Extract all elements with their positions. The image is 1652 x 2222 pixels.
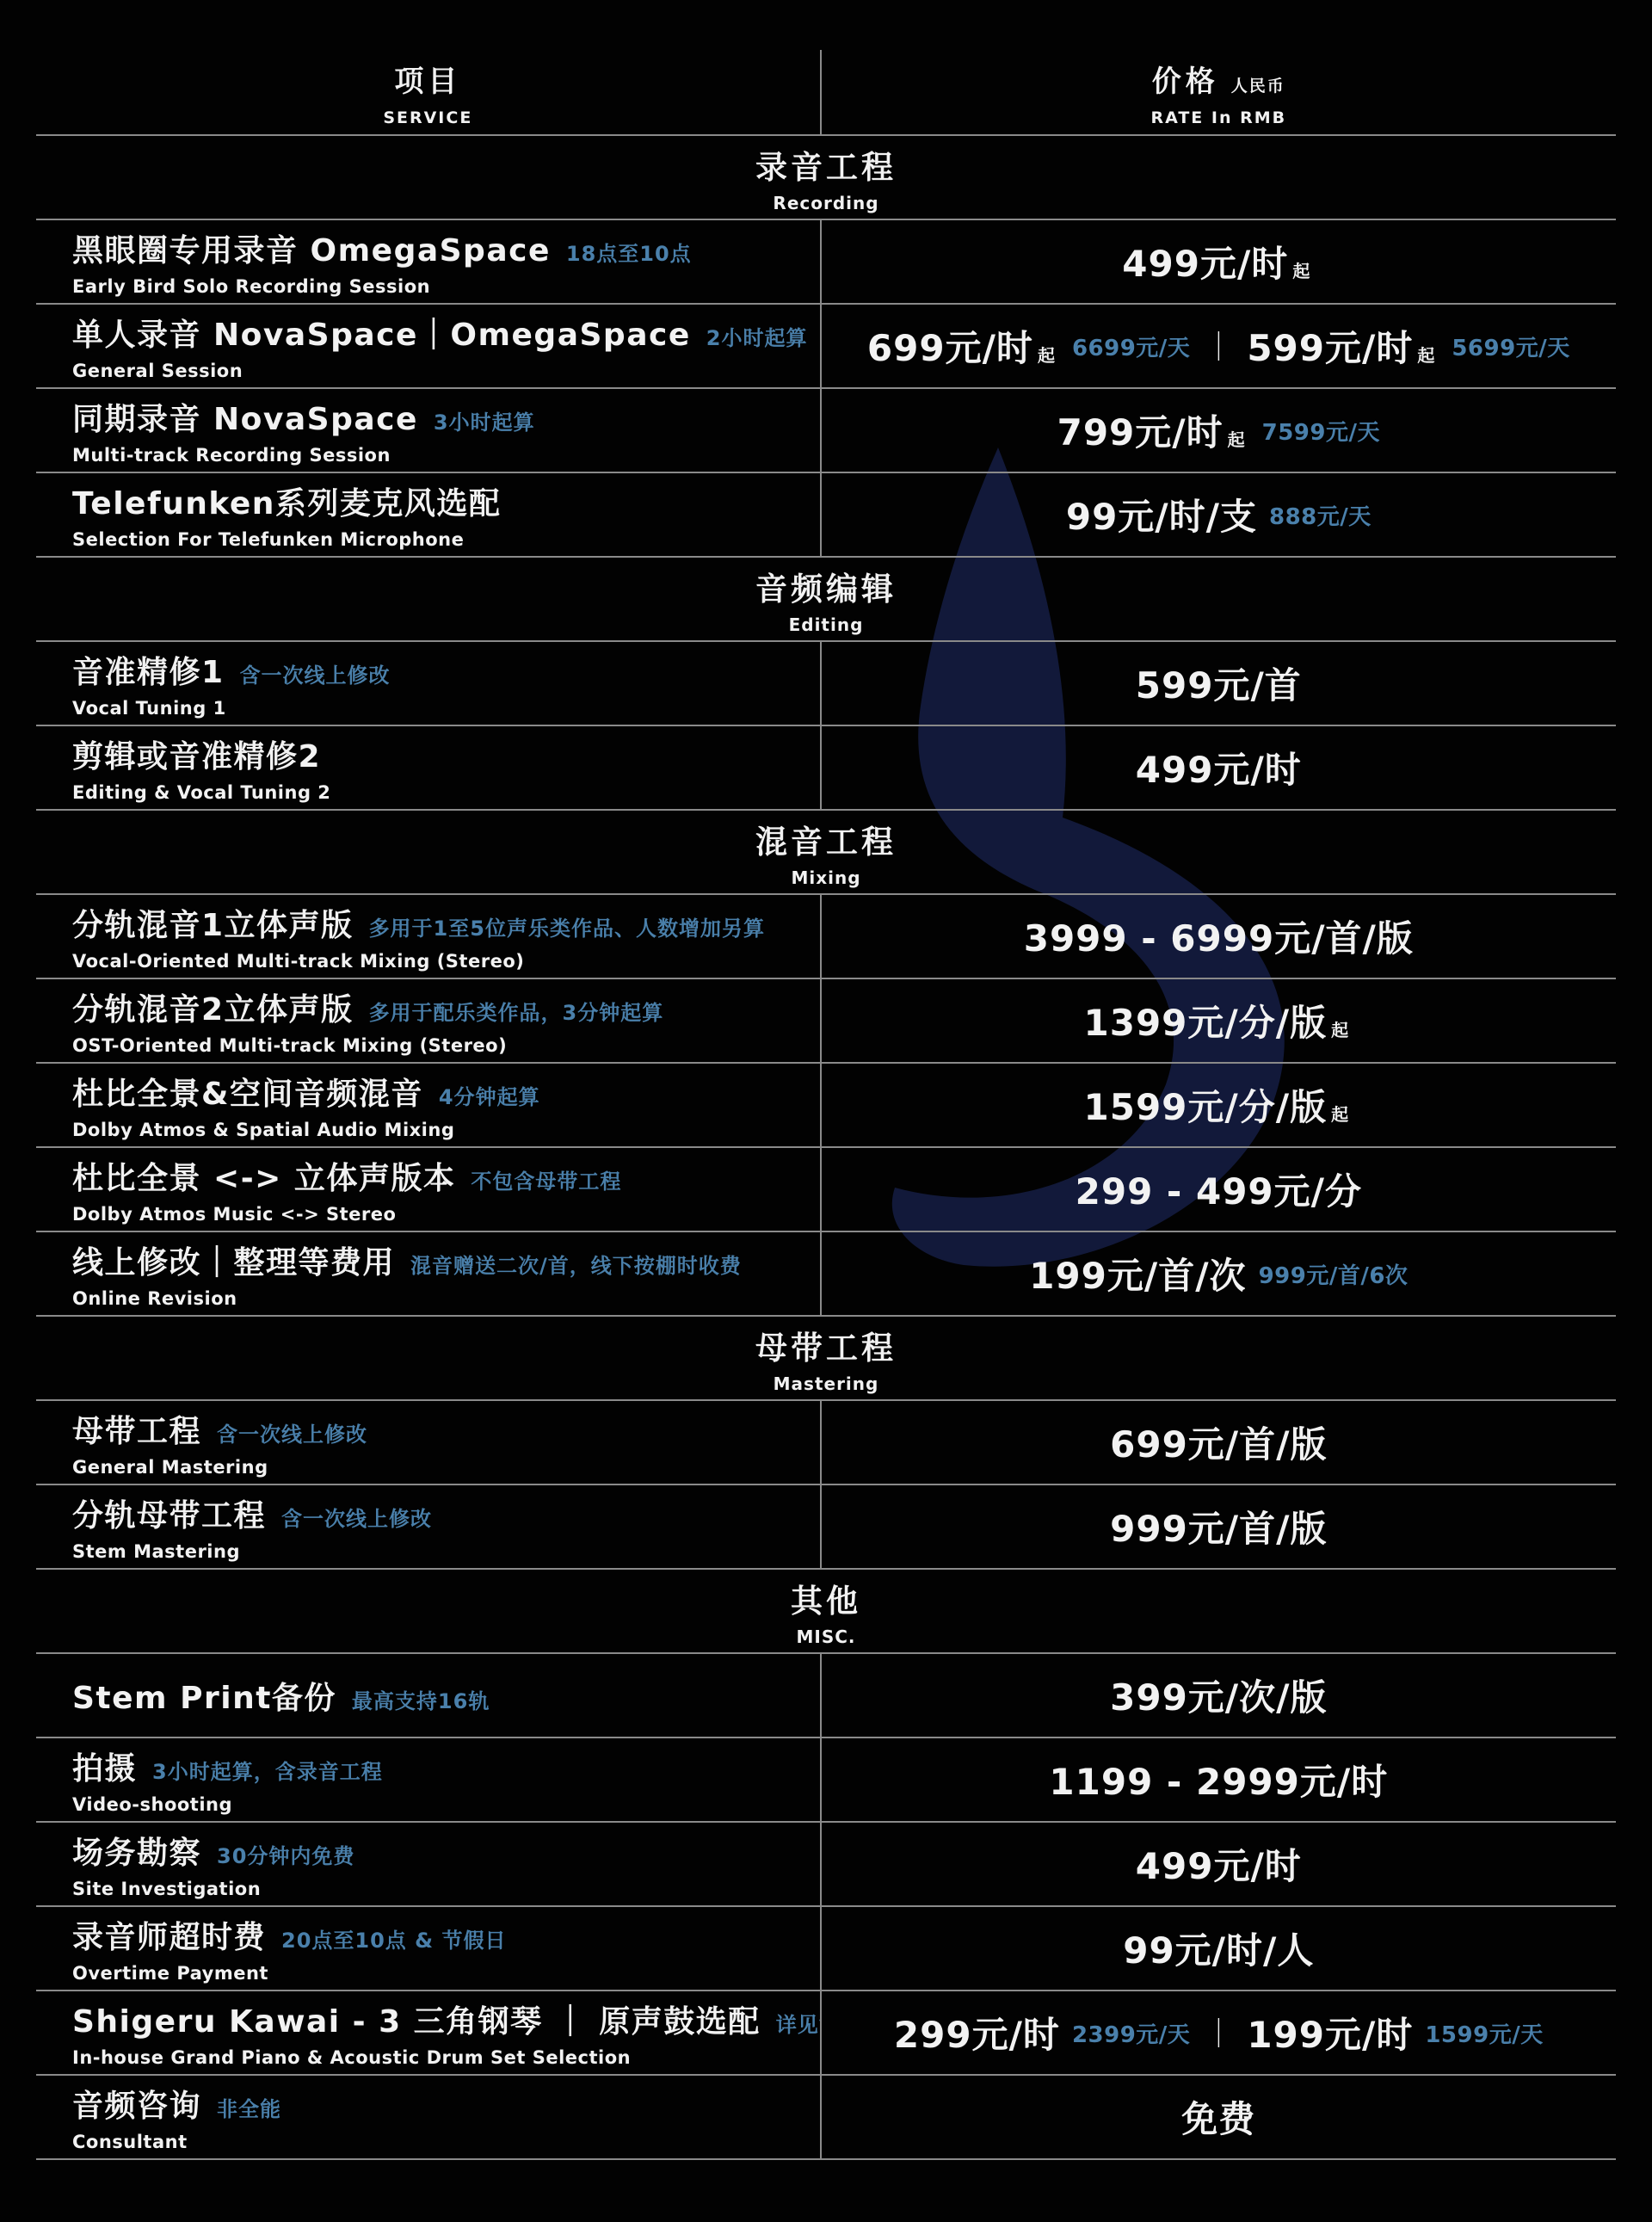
service-note: 20点至10点 & 节假日 (281, 1923, 506, 1954)
price-segment-suffix: 起 (1228, 426, 1245, 451)
service-note: 非全能 (217, 2092, 281, 2122)
price-segment-main: 1599元/分/版 (1084, 1079, 1328, 1131)
service-title-line: 音准精修1含一次线上修改 (72, 648, 820, 692)
service-title-zh: 音频咨询 (72, 2082, 201, 2126)
service-title-zh: 剪辑或音准精修2 (72, 732, 321, 776)
service-cell: 线上修改｜整理等费用混音赠送二次/首，线下按棚时收费Online Revisio… (36, 1232, 820, 1315)
service-title-zh: 母带工程 (72, 1407, 201, 1451)
rate-cell: 299 - 499元/分 (820, 1148, 1616, 1231)
rate-cell: 1199 - 2999元/时 (820, 1738, 1616, 1821)
price-segment-main: 199元/时 (1247, 2007, 1413, 2058)
price-segment-main: 599元/首 (1136, 657, 1302, 709)
service-cell: Shigeru Kawai - 3 三角钢琴 ｜ 原声鼓选配详见设备页面In-h… (36, 1991, 820, 2074)
service-note: 3小时起算 (434, 405, 535, 435)
header-service-cell: 项目 SERVICE (36, 50, 820, 134)
service-note: 含一次线上修改 (281, 1502, 432, 1532)
header-rate-zh: 价格 (1152, 58, 1219, 100)
section-title-zh: 母带工程 (755, 1322, 897, 1368)
rate-cell: 399元/次/版 (820, 1654, 1616, 1737)
service-cell: 拍摄3小时起算，含录音工程Video-shooting (36, 1738, 820, 1821)
service-cell: Telefunken系列麦克风选配Selection For Telefunke… (36, 473, 820, 556)
service-title-en: General Mastering (72, 1457, 820, 1478)
service-title-en: Video-shooting (72, 1794, 820, 1815)
service-cell: 单人录音 NovaSpace｜OmegaSpace2小时起算General Se… (36, 305, 820, 387)
price-segment-sep: ｜ (1204, 2010, 1233, 2052)
service-title-en: Early Bird Solo Recording Session (72, 276, 820, 297)
header-rate-en: RATE In RMB (1150, 108, 1286, 127)
service-title-en: Editing & Vocal Tuning 2 (72, 782, 820, 803)
service-cell: 杜比全景 <-> 立体声版本不包含母带工程Dolby Atmos Music <… (36, 1148, 820, 1231)
price-row: 线上修改｜整理等费用混音赠送二次/首，线下按棚时收费Online Revisio… (36, 1231, 1616, 1315)
price-segment-main: 199元/首/次 (1029, 1248, 1246, 1299)
header-service-zh: 项目 (394, 58, 461, 100)
service-title-zh: 线上修改｜整理等费用 (72, 1238, 395, 1282)
price-segment-main: 3999 - 6999元/首/版 (1024, 910, 1414, 962)
service-note: 2小时起算 (706, 321, 808, 351)
rate-cell: 499元/时 (820, 726, 1616, 809)
price-segment-suffix: 起 (1038, 342, 1055, 367)
service-title-line: 单人录音 NovaSpace｜OmegaSpace2小时起算 (72, 311, 820, 355)
price-list-poster: 项目 SERVICE 价格 人民币 RATE In RMB 录音工程Record… (0, 0, 1652, 2222)
service-note: 多用于1至5位声乐类作品、人数增加另算 (369, 911, 765, 941)
service-title-en: Site Investigation (72, 1879, 820, 1899)
price-segment-main: 99元/时/人 (1123, 1923, 1314, 1974)
price-segment-sub: 888元/天 (1269, 499, 1372, 531)
service-title-line: 分轨母带工程含一次线上修改 (72, 1491, 820, 1535)
service-note: 混音赠送二次/首，线下按棚时收费 (410, 1249, 742, 1279)
header-rate-line: 价格 人民币 (1152, 58, 1285, 100)
service-title-en: General Session (72, 361, 820, 381)
service-title-zh: 黑眼圈专用录音 OmegaSpace (72, 226, 551, 270)
price-segment-main: 499元/时 (1122, 236, 1288, 287)
service-title-line: Shigeru Kawai - 3 三角钢琴 ｜ 原声鼓选配详见设备页面 (72, 1997, 820, 2041)
rate-cell: 1599元/分/版起 (820, 1064, 1616, 1146)
service-title-zh: 场务勘察 (72, 1829, 201, 1873)
price-row: 母带工程含一次线上修改General Mastering699元/首/版 (36, 1399, 1616, 1484)
price-segment-suffix: 起 (1331, 1101, 1348, 1126)
section-title-en: MISC. (796, 1626, 855, 1647)
price-segment-suffix: 起 (1292, 257, 1310, 282)
service-title-line: 分轨混音1立体声版多用于1至5位声乐类作品、人数增加另算 (72, 901, 820, 945)
service-title-en: Dolby Atmos Music <-> Stereo (72, 1204, 820, 1225)
price-row: 单人录音 NovaSpace｜OmegaSpace2小时起算General Se… (36, 303, 1616, 387)
price-segment-sub: 6699元/天 (1072, 330, 1190, 362)
service-title-line: 场务勘察30分钟内免费 (72, 1829, 820, 1873)
rate-cell: 599元/首 (820, 642, 1616, 725)
service-note: 含一次线上修改 (217, 1417, 367, 1447)
price-row: 音准精修1含一次线上修改Vocal Tuning 1599元/首 (36, 640, 1616, 725)
service-cell: 黑眼圈专用录音 OmegaSpace18点至10点Early Bird Solo… (36, 220, 820, 303)
table-header-row: 项目 SERVICE 价格 人民币 RATE In RMB (36, 50, 1616, 134)
header-rate-unit: 人民币 (1231, 73, 1285, 96)
price-segment-suffix: 起 (1417, 342, 1434, 367)
section-title-zh: 混音工程 (755, 816, 897, 862)
service-title-zh: 单人录音 NovaSpace｜OmegaSpace (72, 311, 691, 355)
service-title-en: Vocal Tuning 1 (72, 698, 820, 719)
service-title-line: 杜比全景 <-> 立体声版本不包含母带工程 (72, 1154, 820, 1198)
price-segment-main: 1399元/分/版 (1084, 995, 1328, 1046)
service-title-zh: 杜比全景&空间音频混音 (72, 1070, 423, 1114)
price-row: 分轨混音1立体声版多用于1至5位声乐类作品、人数增加另算Vocal-Orient… (36, 893, 1616, 978)
price-segment-main: 499元/时 (1136, 1838, 1302, 1890)
service-title-zh: 同期录音 NovaSpace (72, 395, 418, 439)
service-note: 4分钟起算 (439, 1080, 540, 1110)
service-title-en: Selection For Telefunken Microphone (72, 529, 820, 550)
price-segment-sep: ｜ (1204, 324, 1233, 366)
table-body: 录音工程Recording黑眼圈专用录音 OmegaSpace18点至10点Ea… (36, 134, 1616, 2160)
service-title-line: 同期录音 NovaSpace3小时起算 (72, 395, 820, 439)
price-segment-sub: 2399元/天 (1072, 2017, 1190, 2049)
service-cell: Stem Print备份最高支持16轨 (36, 1654, 820, 1737)
price-segment-sub: 5699元/天 (1452, 330, 1569, 362)
service-title-line: 音频咨询非全能 (72, 2082, 820, 2126)
service-cell: 音频咨询非全能Consultant (36, 2076, 820, 2158)
price-row: 黑眼圈专用录音 OmegaSpace18点至10点Early Bird Solo… (36, 219, 1616, 303)
price-segment-main: 399元/次/版 (1110, 1670, 1327, 1721)
section-title-en: Editing (789, 614, 864, 635)
price-segment-main: 499元/时 (1136, 742, 1302, 793)
service-cell: 音准精修1含一次线上修改Vocal Tuning 1 (36, 642, 820, 725)
service-note: 详见设备页面 (776, 2008, 820, 2038)
price-row: 拍摄3小时起算，含录音工程Video-shooting1199 - 2999元/… (36, 1737, 1616, 1821)
service-title-line: 分轨混音2立体声版多用于配乐类作品，3分钟起算 (72, 985, 820, 1029)
section-header: 混音工程Mixing (36, 809, 1616, 893)
section-title-en: Recording (773, 193, 878, 213)
service-title-line: Telefunken系列麦克风选配 (72, 479, 820, 523)
service-title-zh: 录音师超时费 (72, 1913, 266, 1957)
price-row: Stem Print备份最高支持16轨399元/次/版 (36, 1652, 1616, 1737)
section-header: 音频编辑Editing (36, 556, 1616, 640)
service-note: 多用于配乐类作品，3分钟起算 (369, 996, 664, 1026)
price-row: 杜比全景 <-> 立体声版本不包含母带工程Dolby Atmos Music <… (36, 1146, 1616, 1231)
rate-cell: 1399元/分/版起 (820, 979, 1616, 1062)
price-row: 剪辑或音准精修2Editing & Vocal Tuning 2499元/时 (36, 725, 1616, 809)
service-title-en: Multi-track Recording Session (72, 445, 820, 466)
service-title-zh: Shigeru Kawai - 3 三角钢琴 ｜ 原声鼓选配 (72, 1997, 761, 2041)
service-title-en: Stem Mastering (72, 1541, 820, 1562)
section-title-en: Mastering (774, 1373, 879, 1394)
section-header: 母带工程Mastering (36, 1315, 1616, 1399)
service-cell: 分轨母带工程含一次线上修改Stem Mastering (36, 1485, 820, 1568)
price-segment-main: 699元/首/版 (1110, 1417, 1327, 1468)
service-note: 18点至10点 (566, 237, 692, 267)
service-title-en: In-house Grand Piano & Acoustic Drum Set… (72, 2047, 820, 2068)
service-title-line: 黑眼圈专用录音 OmegaSpace18点至10点 (72, 226, 820, 270)
service-title-en: Online Revision (72, 1288, 820, 1309)
service-title-zh: 拍摄 (72, 1744, 137, 1788)
service-title-line: 录音师超时费20点至10点 & 节假日 (72, 1913, 820, 1957)
section-title-en: Mixing (791, 867, 860, 888)
rate-cell: 199元/首/次999元/首/6次 (820, 1232, 1616, 1315)
service-title-en: Consultant (72, 2132, 820, 2152)
service-cell: 场务勘察30分钟内免费Site Investigation (36, 1823, 820, 1905)
service-note: 最高支持16轨 (352, 1684, 490, 1714)
service-title-zh: 杜比全景 <-> 立体声版本 (72, 1154, 455, 1198)
service-cell: 剪辑或音准精修2Editing & Vocal Tuning 2 (36, 726, 820, 809)
price-segment-sub: 7599元/天 (1262, 415, 1380, 447)
header-service-en: SERVICE (383, 108, 472, 127)
header-rate-cell: 价格 人民币 RATE In RMB (820, 50, 1616, 134)
service-title-en: OST-Oriented Multi-track Mixing (Stereo) (72, 1035, 820, 1056)
rate-cell: 999元/首/版 (820, 1485, 1616, 1568)
service-title-zh: Stem Print备份 (72, 1674, 336, 1718)
price-row: 场务勘察30分钟内免费Site Investigation499元/时 (36, 1821, 1616, 1905)
price-table: 项目 SERVICE 价格 人民币 RATE In RMB 录音工程Record… (36, 50, 1616, 2160)
service-note: 30分钟内免费 (217, 1839, 354, 1869)
rate-cell: 99元/时/支888元/天 (820, 473, 1616, 556)
price-segment-main: 免费 (1181, 2091, 1255, 2143)
price-row: 同期录音 NovaSpace3小时起算Multi-track Recording… (36, 387, 1616, 472)
price-row: 杜比全景&空间音频混音4分钟起算Dolby Atmos & Spatial Au… (36, 1062, 1616, 1146)
rate-cell: 699元/首/版 (820, 1401, 1616, 1484)
service-cell: 杜比全景&空间音频混音4分钟起算Dolby Atmos & Spatial Au… (36, 1064, 820, 1146)
service-title-zh: 音准精修1 (72, 648, 225, 692)
rate-cell: 499元/时起 (820, 220, 1616, 303)
service-title-en: Dolby Atmos & Spatial Audio Mixing (72, 1120, 820, 1140)
service-cell: 分轨混音1立体声版多用于1至5位声乐类作品、人数增加另算Vocal-Orient… (36, 895, 820, 978)
price-segment-sub: 1599元/天 (1425, 2017, 1543, 2049)
price-row: 分轨母带工程含一次线上修改Stem Mastering999元/首/版 (36, 1484, 1616, 1568)
service-title-line: Stem Print备份最高支持16轨 (72, 1674, 820, 1718)
price-segment-main: 299 - 499元/分 (1076, 1163, 1362, 1215)
price-row: Telefunken系列麦克风选配Selection For Telefunke… (36, 472, 1616, 556)
service-note: 不包含母带工程 (471, 1164, 621, 1194)
price-segment-main: 99元/时/支 (1066, 489, 1257, 540)
section-header: 其他MISC. (36, 1568, 1616, 1652)
price-segment-main: 599元/时 (1247, 320, 1413, 372)
service-cell: 分轨混音2立体声版多用于配乐类作品，3分钟起算OST-Oriented Mult… (36, 979, 820, 1062)
rate-cell: 799元/时起7599元/天 (820, 389, 1616, 472)
rate-cell: 99元/时/人 (820, 1907, 1616, 1990)
service-title-zh: Telefunken系列麦克风选配 (72, 479, 501, 523)
service-title-line: 拍摄3小时起算，含录音工程 (72, 1744, 820, 1788)
service-title-line: 母带工程含一次线上修改 (72, 1407, 820, 1451)
price-row: 录音师超时费20点至10点 & 节假日Overtime Payment99元/时… (36, 1905, 1616, 1990)
service-title-line: 杜比全景&空间音频混音4分钟起算 (72, 1070, 820, 1114)
rate-cell: 免费 (820, 2076, 1616, 2158)
price-segment-suffix: 起 (1331, 1016, 1348, 1041)
price-row: 音频咨询非全能Consultant免费 (36, 2074, 1616, 2158)
service-title-line: 线上修改｜整理等费用混音赠送二次/首，线下按棚时收费 (72, 1238, 820, 1282)
service-title-zh: 分轨混音1立体声版 (72, 901, 354, 945)
price-segment-main: 1199 - 2999元/时 (1049, 1754, 1388, 1805)
service-title-line: 剪辑或音准精修2 (72, 732, 820, 776)
price-segment-main: 999元/首/版 (1110, 1501, 1327, 1552)
service-cell: 录音师超时费20点至10点 & 节假日Overtime Payment (36, 1907, 820, 1990)
section-title-zh: 其他 (791, 1575, 861, 1621)
service-note: 含一次线上修改 (240, 658, 391, 688)
section-title-zh: 录音工程 (755, 141, 897, 188)
rate-cell: 699元/时起6699元/天｜599元/时起5699元/天 (820, 305, 1616, 387)
price-row: Shigeru Kawai - 3 三角钢琴 ｜ 原声鼓选配详见设备页面In-h… (36, 1990, 1616, 2074)
rate-cell: 299元/时2399元/天｜199元/时1599元/天 (820, 1991, 1616, 2074)
service-note: 3小时起算，含录音工程 (152, 1755, 383, 1785)
service-title-en: Overtime Payment (72, 1963, 820, 1984)
service-title-en: Vocal-Oriented Multi-track Mixing (Stere… (72, 951, 820, 972)
price-row: 分轨混音2立体声版多用于配乐类作品，3分钟起算OST-Oriented Mult… (36, 978, 1616, 1062)
rate-cell: 499元/时 (820, 1823, 1616, 1905)
service-cell: 母带工程含一次线上修改General Mastering (36, 1401, 820, 1484)
section-header: 录音工程Recording (36, 134, 1616, 219)
rate-cell: 3999 - 6999元/首/版 (820, 895, 1616, 978)
service-title-zh: 分轨母带工程 (72, 1491, 266, 1535)
price-segment-main: 699元/时 (867, 320, 1033, 372)
service-cell: 同期录音 NovaSpace3小时起算Multi-track Recording… (36, 389, 820, 472)
price-segment-sub: 999元/首/6次 (1259, 1258, 1409, 1290)
section-title-zh: 音频编辑 (755, 563, 897, 609)
price-segment-main: 799元/时 (1057, 404, 1224, 456)
price-segment-main: 299元/时 (894, 2007, 1060, 2058)
service-title-zh: 分轨混音2立体声版 (72, 985, 354, 1029)
